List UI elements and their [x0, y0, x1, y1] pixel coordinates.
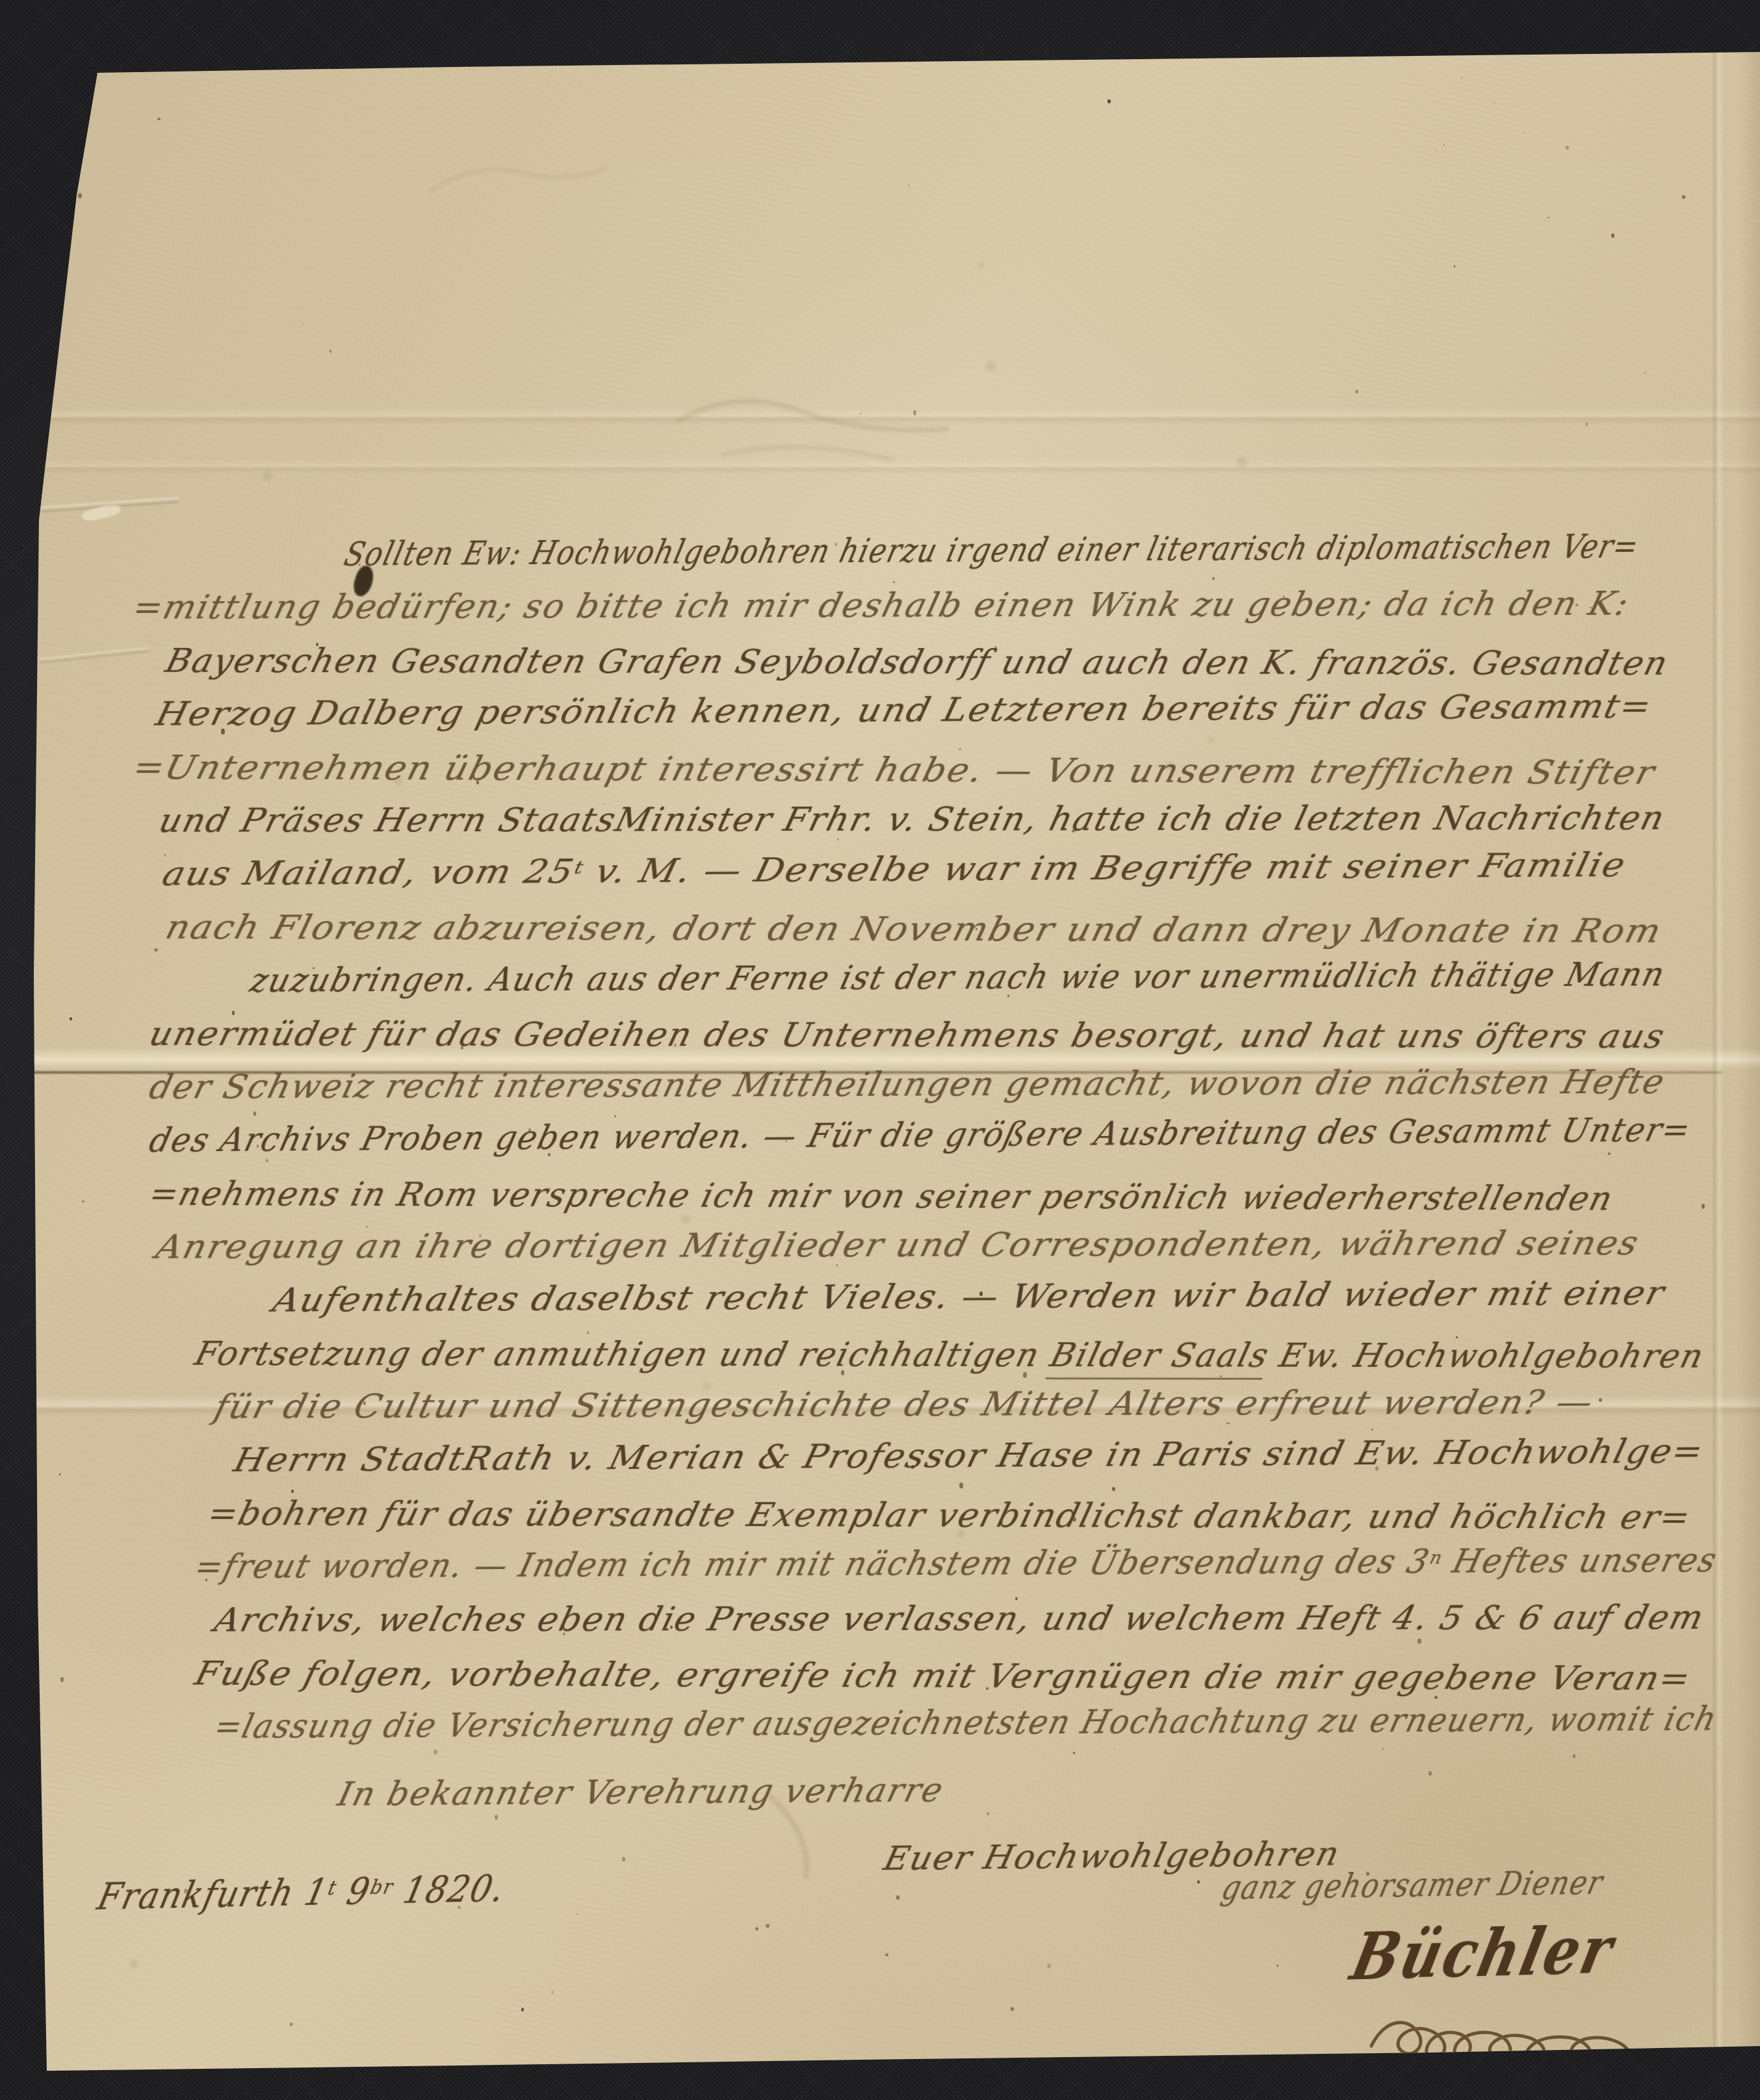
paper-wrinkle [38, 647, 151, 664]
foxing-speck [836, 1264, 838, 1266]
foxing-speck [1586, 422, 1588, 426]
handwriting-line: Sollten Ew: Hochwohlgebohren hierzu irge… [341, 530, 1642, 571]
foxing-speck [987, 1812, 989, 1815]
foxing-speck [959, 748, 961, 751]
handwriting-segment: =mittlung bedürfen; so bitte ich mir des… [129, 585, 1633, 627]
foxing-speck [82, 1200, 84, 1202]
handwriting-line: =freut worden. — Indem ich mir mit nächs… [192, 1544, 1720, 1583]
handwriting-segment: Herzog Dalberg persönlich kennen, und Le… [152, 688, 1656, 733]
foxing-stain [986, 361, 996, 372]
foxing-speck [622, 1857, 625, 1861]
foxing-stain [129, 1959, 138, 1967]
handwriting-line: des Archivs Proben geben werden. — Für d… [146, 1113, 1694, 1157]
foxing-stain [977, 263, 984, 269]
handwriting-line: =Unternehmen überhaupt interessirt habe.… [130, 751, 1659, 789]
handwriting-segment: Aufenthaltes daselbst recht Vieles. — We… [269, 1275, 1669, 1319]
foxing-speck [1429, 1771, 1432, 1776]
handwriting-line: Fortsetzung der anmuthigen und reichhalt… [192, 1338, 1707, 1373]
handwriting-segment: Fuße folgen, vorbehalte, ergreife ich mi… [191, 1655, 1696, 1698]
foxing-speck [1611, 233, 1614, 239]
handwriting-segment: des Archivs Proben geben werden. — Für d… [146, 1111, 1695, 1160]
foxing-speck [302, 323, 303, 324]
foxing-speck [330, 350, 332, 353]
foxing-speck [1371, 1429, 1373, 1431]
handwriting-line: unermüdet für das Gedeihen des Unternehm… [146, 1018, 1668, 1053]
handwriting-segment: Anregung an ihre dortigen Mitglieder und… [152, 1225, 1643, 1266]
foxing-speck [1494, 102, 1495, 103]
foxing-speck [66, 142, 68, 146]
foxing-speck [164, 854, 166, 857]
foxing-speck [1608, 1152, 1611, 1155]
foxing-speck [766, 1924, 770, 1927]
handwriting-segment: 1820. [387, 1868, 509, 1913]
foxing-speck [1573, 1754, 1575, 1758]
paper-edge-notch [81, 503, 122, 523]
handwriting-segment: nach Florenz abzureisen, dort den Novemb… [162, 909, 1666, 950]
handwriting-segment: Archivs, welches eben die Presse verlass… [211, 1599, 1708, 1639]
handwriting-line: =bohren für das übersandte Exemplar verb… [205, 1497, 1695, 1534]
foxing-speck [1073, 1752, 1075, 1754]
foxing-speck [1454, 265, 1455, 268]
handwriting-segment: Frankfurth 1 [94, 1871, 332, 1919]
foxing-speck [1212, 577, 1215, 579]
photo-backdrop: Sollten Ew: Hochwohlgebohren hierzu irge… [0, 0, 1760, 2100]
fold-crease-vertical-right [1713, 51, 1724, 2061]
closing-line: In bekannter Verehrung verharre [335, 1774, 947, 1811]
foxing-speck [154, 948, 158, 952]
foxing-stain [263, 472, 272, 481]
handwriting-line: Herzog Dalberg persönlich kennen, und Le… [153, 690, 1655, 731]
foxing-speck [60, 1677, 64, 1682]
handwriting-line: und Präses Herrn StaatsMinister Frhr. v.… [156, 802, 1668, 837]
foxing-speck [1355, 390, 1358, 393]
foxing-speck [253, 1111, 256, 1116]
foxing-speck [1047, 1964, 1051, 1968]
handwriting-segment: =freut worden. — Indem ich mir mit nächs… [191, 1543, 1434, 1586]
foxing-speck [70, 1017, 72, 1020]
foxing-speck [1228, 1423, 1230, 1425]
handwriting-segment: zuzubringen. Auch aus der Ferne ist der … [246, 955, 1669, 1000]
foxing-speck [1417, 1639, 1421, 1644]
handwriting-segment: Bilder Saals [1045, 1336, 1273, 1380]
handwriting-line: der Schweiz recht interessante Mittheilu… [146, 1066, 1668, 1104]
handwriting-segment: v. M. — Derselbe war im Begriffe mit sei… [578, 846, 1630, 890]
foxing-speck [290, 2023, 292, 2026]
foxing-speck [1382, 1748, 1384, 1750]
paper-wrinkle [40, 497, 180, 513]
foxing-speck [893, 581, 895, 584]
foxing-speck [1702, 1204, 1705, 1209]
handwriting-segment: Heftes unseres [1438, 1542, 1722, 1581]
handwriting-segment: =lassung die Versicherung der ausgezeich… [211, 1700, 1721, 1746]
foxing-speck [913, 410, 916, 415]
foxing-speck [1112, 1487, 1115, 1491]
handwriting-line: nach Florenz abzureisen, dort den Novemb… [162, 911, 1666, 948]
handwriting-segment: In bekannter Verehrung verharre [334, 1771, 948, 1813]
foxing-speck [860, 413, 861, 414]
letter-paper: Sollten Ew: Hochwohlgebohren hierzu irge… [0, 0, 1760, 2100]
fold-crease-horizontal-upper [0, 459, 1760, 474]
foxing-speck [434, 1750, 437, 1754]
handwriting-line: für die Cultur und Sittengeschichte des … [211, 1386, 1597, 1423]
handwriting-segment: =nehmens in Rom verspreche ich mir von s… [146, 1175, 1618, 1218]
handwriting-line: Fuße folgen, vorbehalte, ergreife ich mi… [192, 1657, 1695, 1695]
handwriting-segment: =bohren für das übersandte Exemplar verb… [204, 1495, 1696, 1536]
handwriting-segment: =Unternehmen überhaupt interessirt habe.… [129, 749, 1660, 792]
handwriting-line: Aufenthaltes daselbst recht Vieles. — We… [270, 1277, 1668, 1317]
foxing-speck [755, 1927, 758, 1931]
foxing-speck [1644, 372, 1646, 374]
foxing-speck [59, 1473, 60, 1475]
foxing-speck [1197, 1880, 1200, 1884]
signature-name: Büchler [1346, 1917, 1620, 1989]
foxing-speck [291, 1490, 294, 1492]
foxing-speck [896, 1895, 900, 1900]
foxing-speck [1547, 217, 1549, 218]
foxing-stain [1208, 737, 1214, 743]
handwriting-line: Archivs, welches eben die Presse verlass… [211, 1601, 1707, 1637]
foxing-speck [346, 119, 348, 121]
handwriting-line: zuzubringen. Auch aus der Ferne ist der … [247, 958, 1668, 997]
handwriting-segment: Büchler [1345, 1911, 1622, 1995]
handwriting-segment: unermüdet für das Gedeihen des Unternehm… [146, 1015, 1669, 1056]
foxing-speck [78, 193, 82, 198]
handwriting-segment: Ew. Hochwohlgebohren [1263, 1337, 1708, 1375]
foxing-speck [232, 1011, 235, 1015]
handwriting-segment: Bayerschen Gesandten Grafen Seyboldsdorf… [162, 642, 1673, 682]
handwriting-line: Herrn StadtRath v. Merian & Professor Ha… [231, 1435, 1707, 1477]
foxing-speck [1523, 132, 1525, 134]
foxing-speck [521, 2008, 524, 2012]
handwriting-segment: ganz gehorsamer Diener [1218, 1864, 1607, 1907]
handwriting-line: Anregung an ihre dortigen Mitglieder und… [153, 1227, 1642, 1264]
signature-flourish [1365, 2012, 1638, 2072]
foxing-speck [1443, 144, 1445, 146]
foxing-speck [1276, 1965, 1278, 1967]
handwriting-segment: Fortsetzung der anmuthigen und reichhalt… [191, 1335, 1056, 1374]
foxing-speck [1682, 195, 1685, 199]
foxing-speck [576, 1913, 578, 1915]
handwriting-segment: Herrn StadtRath v. Merian & Professor Ha… [230, 1432, 1708, 1479]
foxing-speck [1599, 1398, 1602, 1401]
date-place-line: Frankfurth 1t 9br 1820. [94, 1871, 509, 1916]
foxing-speck [885, 1953, 888, 1956]
handwriting-segment: aus Mailand, vom 25 [159, 853, 578, 893]
handwriting-line: =mittlung bedürfen; so bitte ich mir des… [130, 588, 1633, 624]
foxing-speck [1107, 99, 1110, 103]
valediction-line: ganz gehorsamer Diener [1219, 1867, 1607, 1904]
handwriting-line: =nehmens in Rom verspreche ich mir von s… [146, 1178, 1617, 1215]
foxing-speck [1436, 150, 1437, 151]
foxing-speck [1461, 77, 1462, 79]
foxing-speck [908, 185, 909, 187]
foxing-speck [1011, 2007, 1014, 2011]
handwriting-line: =lassung die Versicherung der ausgezeich… [211, 1703, 1720, 1743]
foxing-speck [614, 1115, 616, 1117]
fold-crease-horizontal-top [0, 408, 1760, 425]
handwriting-segment: Sollten Ew: Hochwohlgebohren hierzu irge… [341, 528, 1643, 573]
foxing-stain [680, 1214, 690, 1224]
foxing-speck [587, 1331, 589, 1334]
foxing-stain [1237, 457, 1247, 467]
foxing-speck [157, 118, 161, 120]
handwriting-line: Bayerschen Gesandten Grafen Seyboldsdorf… [162, 645, 1672, 680]
handwriting-segment: für die Cultur und Sittengeschichte des … [211, 1384, 1598, 1426]
foxing-speck [266, 1159, 268, 1162]
foxing-speck [552, 1991, 554, 1993]
handwriting-line: aus Mailand, vom 25t v. M. — Derselbe wa… [159, 849, 1629, 890]
handwriting-segment: und Präses Herrn StaatsMinister Frhr. v.… [155, 799, 1669, 840]
foxing-speck [959, 1483, 963, 1488]
foxing-speck [1566, 146, 1569, 149]
handwriting-segment: der Schweiz recht interessante Mittheilu… [146, 1063, 1669, 1106]
foxing-speck [495, 1815, 498, 1820]
